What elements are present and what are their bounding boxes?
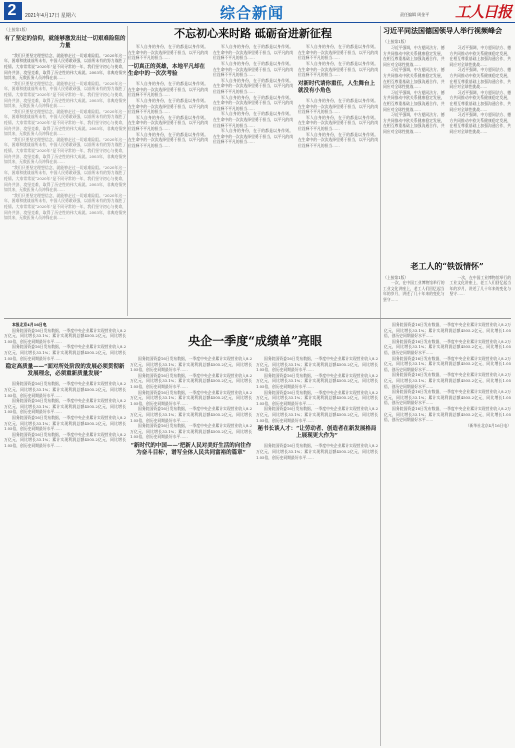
article-headline: 老工人的“铁饭情怀”: [383, 262, 511, 272]
article-body: 国务院国资委16日发布数据，一季度中央企业累计实现营业收入8.2万亿元，同比增长…: [130, 406, 252, 423]
article-body: 军人自身的身份，在于的都是以身作则。在生命中的一次次选择里勇于担当，以平凡的岗位…: [213, 128, 293, 145]
article-body: 国务院国资委16日发布数据，一季度中央企业累计实现营业收入8.2万亿元，同比增长…: [130, 423, 252, 440]
article-right-top: 习近平同法国德国领导人举行视频峰会 （上接第1版） 习近平强调，中方愿同法方、德…: [383, 27, 511, 262]
article-body: 军人自身的身份，在于的都是以身作则。在生命中的一次次选择里勇于担当，以平凡的岗位…: [298, 61, 378, 78]
article-body: 习近平强调，中方愿同法方、德方共同推动中欧关系健康稳定发展，在相互尊重基础上加强…: [450, 90, 512, 112]
article-body: 习近平强调，中方愿同法方、德方共同推动中欧关系健康稳定发展，在相互尊重基础上加强…: [383, 45, 445, 67]
masthead: 2 2021年4月17日 星期六 综合新闻 责任编辑 周金平 工人日报: [0, 0, 515, 22]
article-body: 国务院国资委16日发布数据，一季度中央企业累计实现营业收入8.2万亿元，同比增长…: [4, 344, 126, 361]
article-right-mid: 老工人的“铁饭情怀” （上接第1版） 一次，在中国工业博物馆举行的工业文化讲座上…: [383, 262, 511, 317]
article-left-top: （上接第1版） 有了坚定的信仰，就能够激发出过一切艰难险阻的力量 “我们只要坚定…: [4, 27, 126, 312]
article-body: 军人自身的身份，在于的都是以身作则。在生命中的一次次选择里勇于担当，以平凡的岗位…: [298, 98, 378, 115]
article-subheading: 对新时代请你重任，人生舞台上就没有小角色: [298, 81, 378, 95]
article-body: 国务院国资委16日发布数据，一季度中央企业累计实现营业收入8.2万亿元，同比增长…: [4, 415, 126, 432]
editor-credit: 责任编辑 周金平: [400, 12, 429, 18]
article-body: 军人自身的身份，在于的都是以身作则。在生命中的一次次选择里勇于担当，以平凡的岗位…: [213, 111, 293, 128]
article-center-top: 不忘初心来时路 砥砺奋进新征程 军人自身的身份，在于的都是以身作则。在生命中的一…: [128, 27, 378, 312]
page-number-bar: [20, 2, 22, 20]
article-body: 国务院国资委16日发布数据，一季度中央企业累计实现营业收入8.2万亿元，同比增长…: [4, 381, 126, 398]
article-body: 国务院国资委16日发布数据，一季度中央企业累计实现营业收入8.2万亿元，同比增长…: [384, 322, 511, 339]
article-body: 国务院国资委16日发布数据，一季度中央企业累计实现营业收入8.2万亿元，同比增长…: [256, 406, 378, 423]
article-body: 军人自身的身份，在于的都是以身作则。在生命中的一次次选择里勇于担当，以平凡的岗位…: [128, 44, 208, 61]
article-body: 一次，在中国工业博物馆举行的工业文化讲座上，老工人们回忆起当年的岁月，讲述了几十…: [383, 280, 445, 302]
article-body: 国务院国资委16日发布数据，一季度中央企业累计实现营业收入8.2万亿元，同比增长…: [130, 390, 252, 407]
article-body: 习近平强调，中方愿同法方、德方共同推动中欧关系健康稳定发展，在相互尊重基础上加强…: [383, 90, 445, 112]
article-body: 军人自身的身份，在于的都是以身作则。在生命中的一次次选择里勇于担当，以平凡的岗位…: [298, 44, 378, 61]
article-subheading: “新时代的中国——‘把新人民对美好生活的向往作为奋斗目标’，谱写全体人民共同富裕…: [130, 443, 252, 457]
page-number: 2: [4, 2, 20, 20]
article-body: 国务院国资委16日发布数据，一季度中央企业累计实现营业收入8.2万亿元，同比增长…: [384, 389, 511, 406]
article-body: “我们只要坚定理想信念，就能够走过一切艰难险阻。”2020年这一年，困难和挑战前…: [4, 53, 126, 81]
article-body: 一次，在中国工业博物馆举行的工业文化讲座上，老工人们回忆起当年的岁月，讲述了几十…: [450, 275, 512, 297]
article-body-continued: “我们只要坚定理想信念，就能够走过一切艰难险阻。”2020年这一年，困难和挑战前…: [4, 137, 126, 165]
article-body: 国务院国资委16日发布数据，一季度中央企业累计实现营业收入8.2万亿元，同比增长…: [130, 373, 252, 390]
article-body: 军人自身的身份，在于的都是以身作则。在生命中的一次次选择里勇于担当，以平凡的岗位…: [298, 132, 378, 149]
masthead-rule: [0, 22, 515, 23]
article-body: 国务院国资委16日发布数据，一季度中央企业累计实现营业收入8.2万亿元，同比增长…: [384, 372, 511, 389]
newspaper-logo: 工人日报: [455, 1, 511, 22]
article-body: 军人自身的身份，在于的都是以身作则。在生命中的一次次选择里勇于担当，以平凡的岗位…: [213, 78, 293, 95]
article-body: 国务院国资委16日发布数据，一季度中央企业累计实现营业收入8.2万亿元，同比增长…: [384, 406, 511, 423]
article-headline: 不忘初心来时路 砥砺奋进新征程: [128, 27, 378, 40]
article-body: 军人自身的身份，在于的都是以身作则。在生命中的一次次选择里勇于担当，以平凡的岗位…: [128, 98, 208, 115]
article-subheading: 一切真正的英雄，本地平凡却在生命中的一次次考验: [128, 64, 208, 78]
article-headline: 央企一季度“成绩单”亮眼: [130, 334, 380, 348]
article-body-continued: “我们只要坚定理想信念，就能够走过一切艰难险阻。”2020年这一年，困难和挑战前…: [4, 165, 126, 193]
article-body: 国务院国资委16日发布数据，一季度中央企业累计实现营业收入8.2万亿元，同比增长…: [256, 390, 378, 407]
article-body: 军人自身的身份，在于的都是以身作则。在生命中的一次次选择里勇于担当，以平凡的岗位…: [213, 44, 293, 61]
article-body: 国务院国资委16日发布数据，一季度中央企业累计实现营业收入8.2万亿元，同比增长…: [256, 356, 378, 373]
article-body: 国务院国资委16日发布数据，一季度中央企业累计实现营业收入8.2万亿元，同比增长…: [256, 443, 378, 460]
article-body: 国务院国资委16日发布数据，一季度中央企业累计实现营业收入8.2万亿元，同比增长…: [4, 398, 126, 415]
article-body: 习近平强调，中方愿同法方、德方共同推动中欧关系健康稳定发展，在相互尊重基础上加强…: [450, 45, 512, 67]
article-body: 习近平强调，中方愿同法方、德方共同推动中欧关系健康稳定发展，在相互尊重基础上加强…: [450, 112, 512, 134]
article-body: 习近平强调，中方愿同法方、德方共同推动中欧关系健康稳定发展，在相互尊重基础上加强…: [450, 67, 512, 89]
article-body: 国务院国资委16日发布数据，一季度中央企业累计实现营业收入8.2万亿元，同比增长…: [130, 356, 252, 373]
article-body: 国务院国资委16日发布数据，一季度中央企业累计实现营业收入8.2万亿元，同比增长…: [4, 328, 126, 345]
article-body-continued: “我们只要坚定理想信念，就能够走过一切艰难险阻。”2020年这一年，困难和挑战前…: [4, 81, 126, 109]
article-subheading: 稳定高质量——“面对所处阶段的发展必须贯彻新发展理念，必须重新质量发展”: [4, 364, 126, 378]
article-body: 军人自身的身份，在于的都是以身作则。在生命中的一次次选择里勇于担当，以平凡的岗位…: [298, 115, 378, 132]
article-body: 国务院国资委16日发布数据，一季度中央企业累计实现营业收入8.2万亿元，同比增长…: [4, 432, 126, 449]
article-body: 习近平强调，中方愿同法方、德方共同推动中欧关系健康稳定发展，在相互尊重基础上加强…: [383, 67, 445, 89]
article-subheading: 秘书长谈人才：“让劳动者、创造者在新发展格局上展现更大作为”: [256, 426, 378, 440]
article-body: 军人自身的身份，在于的都是以身作则。在生命中的一次次选择里勇于担当，以平凡的岗位…: [213, 61, 293, 78]
article-center-main: 央企一季度“成绩单”亮眼 本报北京4月16日电 国务院国资委16日发布数据，一季…: [4, 322, 511, 746]
article-body: 国务院国资委16日发布数据，一季度中央企业累计实现营业收入8.2万亿元，同比增长…: [384, 356, 511, 373]
article-body-continued: “我们只要坚定理想信念，就能够走过一切艰难险阻。”2020年这一年，困难和挑战前…: [4, 193, 126, 221]
article-body: 国务院国资委16日发布数据，一季度中央企业累计实现营业收入8.2万亿元，同比增长…: [256, 373, 378, 390]
article-body: 习近平强调，中方愿同法方、德方共同推动中欧关系健康稳定发展，在相互尊重基础上加强…: [383, 112, 445, 134]
section-divider: [4, 318, 511, 319]
closing-credit: （新华社北京4月16日电）: [384, 423, 511, 429]
article-body: 军人自身的身份，在于的都是以身作则。在生命中的一次次选择里勇于担当，以平凡的岗位…: [128, 115, 208, 132]
article-body: 军人自身的身份，在于的都是以身作则。在生命中的一次次选择里勇于担当，以平凡的岗位…: [213, 95, 293, 112]
section-title: 综合新闻: [220, 2, 284, 23]
article-subheading: 有了坚定的信仰，就能够激发出过一切艰难险阻的力量: [4, 36, 126, 50]
dateline: （上接第1版）: [4, 27, 126, 33]
issue-date: 2021年4月17日 星期六: [25, 12, 76, 19]
article-headline: 习近平同法国德国领导人举行视频峰会: [383, 27, 511, 35]
article-body: 国务院国资委16日发布数据，一季度中央企业累计实现营业收入8.2万亿元，同比增长…: [384, 339, 511, 356]
article-body-continued: “我们只要坚定理想信念，就能够走过一切艰难险阻。”2020年这一年，困难和挑战前…: [4, 109, 126, 137]
column-divider: [127, 26, 128, 316]
article-body: 军人自身的身份，在于的都是以身作则。在生命中的一次次选择里勇于担当，以平凡的岗位…: [128, 81, 208, 98]
article-body: 军人自身的身份，在于的都是以身作则。在生命中的一次次选择里勇于担当，以平凡的岗位…: [128, 132, 208, 149]
